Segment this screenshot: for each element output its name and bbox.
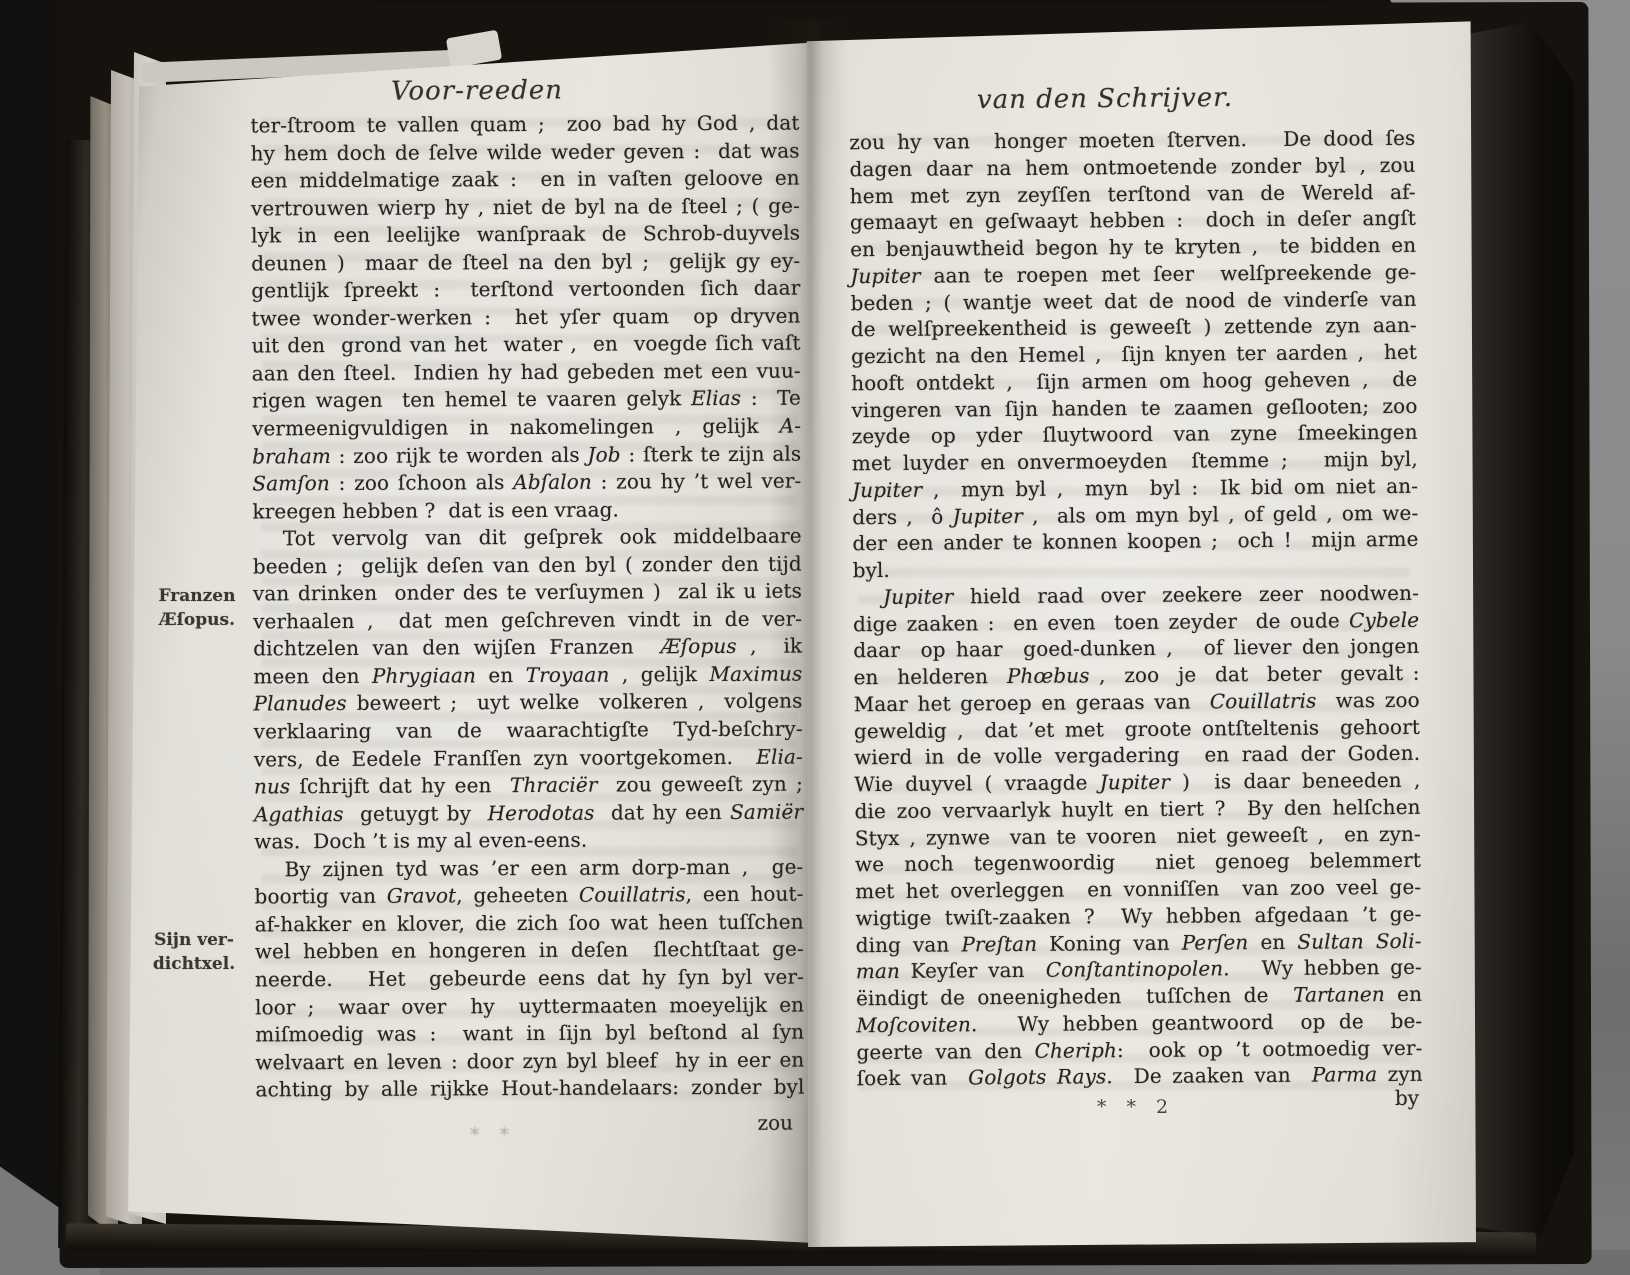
right-page-text: zou hy van honger moeten ſterven. De doo… bbox=[849, 125, 1423, 1092]
text-line: braham : zoo rijk te worden als Job : ſt… bbox=[252, 440, 801, 470]
margin-note-verdichtsel: Sijn ver- dichtxel. bbox=[138, 928, 250, 976]
text-line: Jupiter aan te roepen met ſeer welſpreek… bbox=[850, 259, 1416, 290]
text-line: Jupiter , myn byl , myn byl : Ik bid om … bbox=[852, 473, 1418, 504]
text-line: ter-ſtroom te vallen quam ; zoo bad hy G… bbox=[250, 110, 799, 140]
text-line: gezicht na den Hemel , ſijn knyen ter aa… bbox=[851, 339, 1417, 370]
text-line: verhaalen , dat men geſchreven vindt in … bbox=[253, 605, 802, 635]
book-fore-edge-shade bbox=[1462, 22, 1574, 1238]
text-line: met luyder en onvermoeyden ſtemme ; mijn… bbox=[852, 446, 1418, 477]
text-line: van drinken onder des te verſuymen ) zal… bbox=[253, 578, 802, 608]
text-line: met het overleggen en vonniſſen van zoo … bbox=[855, 874, 1421, 905]
text-line: Tot vervolg van dit geſprek ook middelba… bbox=[253, 523, 802, 553]
text-line: was. Doch ’t is my al even-eens. bbox=[254, 826, 803, 856]
text-line: Planudes beweert ; uyt welke volkeren , … bbox=[253, 688, 802, 718]
text-line: nus ſchrijft dat hy een Thraciër zou gew… bbox=[254, 771, 803, 801]
text-line: deunen ) maar de ſteel na den byl ; geli… bbox=[251, 247, 800, 277]
text-line: vertrouwen wierp hy , niet de byl na de … bbox=[251, 192, 800, 222]
text-line: vermeenigvuldigen in nakomelingen , geli… bbox=[252, 413, 801, 443]
text-line: aan den ſteel. Indien hy had gebeden met… bbox=[252, 357, 801, 387]
text-line: af-hakker en klover, die zich ſoo wat he… bbox=[255, 908, 804, 938]
text-line: zou hy van honger moeten ſterven. De doo… bbox=[849, 125, 1415, 156]
left-page-signature-mark: * * bbox=[253, 1124, 733, 1146]
text-line: der een ander te konnen koopen ; och ! m… bbox=[852, 526, 1418, 557]
text-line: lyk in een leelijke wanſpraak de Schrob-… bbox=[251, 220, 800, 250]
right-page-header: van den Schrijver. bbox=[950, 83, 1260, 116]
text-line: wel hebben en hongeren in deſen ſlechtſt… bbox=[255, 936, 804, 966]
text-line: Maar het geroep en geraas van Couillatri… bbox=[854, 687, 1420, 718]
margin-note-line: Sijn ver- bbox=[138, 928, 250, 952]
text-line: een middelmatige zaak : en in vaſten gel… bbox=[251, 165, 800, 195]
text-line: achting by alle rijkke Hout-handelaars: … bbox=[255, 1074, 804, 1104]
text-line: en benjauwtheid begon hy te kryten , te … bbox=[850, 232, 1416, 263]
text-line: dichtzelen van den wijſen Franzen Æſopus… bbox=[253, 633, 802, 663]
text-line: welvaart en leven : door zyn byl bleef h… bbox=[255, 1046, 804, 1076]
text-line: meen den Phrygiaan en Troyaan , gelijk M… bbox=[253, 660, 802, 690]
text-line: boortig van Gravot, geheeten Couillatris… bbox=[254, 881, 803, 911]
text-line: beeden ; gelijk deſen van den byl ( zond… bbox=[253, 550, 802, 580]
margin-note-line: dichtxel. bbox=[138, 952, 250, 976]
text-line: gentlijk ſpreekt : terſtond vertoonden ſ… bbox=[251, 275, 800, 305]
text-line: die zoo vervaarlyk huylt en tiert ? By d… bbox=[854, 794, 1420, 825]
text-line: twee wonder-werken : het yſer quam op dr… bbox=[251, 302, 800, 332]
text-line: hy hem doch de ſelve wilde weder geven :… bbox=[251, 137, 800, 167]
left-page-header: Voor-reeden bbox=[352, 75, 602, 107]
text-line: Samſon : zoo ſchoon als Abſalon : zou hy… bbox=[252, 468, 801, 498]
text-line: loor ; waar over hy uyttermaaten moeyeli… bbox=[255, 991, 804, 1021]
text-line: miſmoedig was : want in ſijn byl beſtond… bbox=[255, 1019, 804, 1049]
margin-note-line: Æſopus. bbox=[144, 608, 250, 632]
right-page-catchword: by bbox=[853, 1086, 1419, 1114]
text-line: en helderen Phœbus , zoo je dat beter ge… bbox=[853, 660, 1419, 691]
book-photo: Voor-reeden ter-ſtroom te vallen quam ; … bbox=[0, 0, 1630, 1275]
text-line: kreegen hebben ? dat is een vraag. bbox=[252, 495, 801, 525]
text-line: vers, de Eedele Franſſen zyn voortgekome… bbox=[254, 743, 803, 773]
left-page-text: ter-ſtroom te vallen quam ; zoo bad hy G… bbox=[250, 110, 804, 1105]
text-line: Agathias getuygt by Herodotas dat hy een… bbox=[254, 798, 803, 828]
text-line: Moſcoviten. Wy hebben geantwoord op de b… bbox=[856, 1008, 1422, 1039]
margin-note-line: Franzen bbox=[144, 584, 250, 608]
text-line: verklaaring van de waarachtigſte Tyd-beſ… bbox=[254, 716, 803, 746]
text-line: dagen daar na hem ontmoetende zonder byl… bbox=[849, 152, 1415, 183]
text-line: ëindigt de oneenigheden tuſſchen de Tart… bbox=[856, 981, 1422, 1012]
text-line: By zijnen tyd was ’er een arm dorp-man ,… bbox=[254, 853, 803, 883]
text-line: wigtige twiſt-zaaken ? Wy hebben afgedaa… bbox=[855, 901, 1421, 932]
text-line: rigen wagen ten hemel te vaaren gelyk El… bbox=[252, 385, 801, 415]
margin-note-aesopus: Franzen Æſopus. bbox=[144, 584, 250, 632]
text-line: uit den grond van het water , en voegde … bbox=[252, 330, 801, 360]
text-line: Jupiter hield raad over zeekere zeer noo… bbox=[853, 580, 1419, 611]
text-line: Wie duyvel ( vraagde Jupiter ) is daar b… bbox=[854, 767, 1420, 798]
text-line: hooft ontdekt , ſijn armen om hoog gehev… bbox=[851, 366, 1417, 397]
text-line: neerde. Het gebeurde eens dat hy ſyn byl… bbox=[255, 964, 804, 994]
